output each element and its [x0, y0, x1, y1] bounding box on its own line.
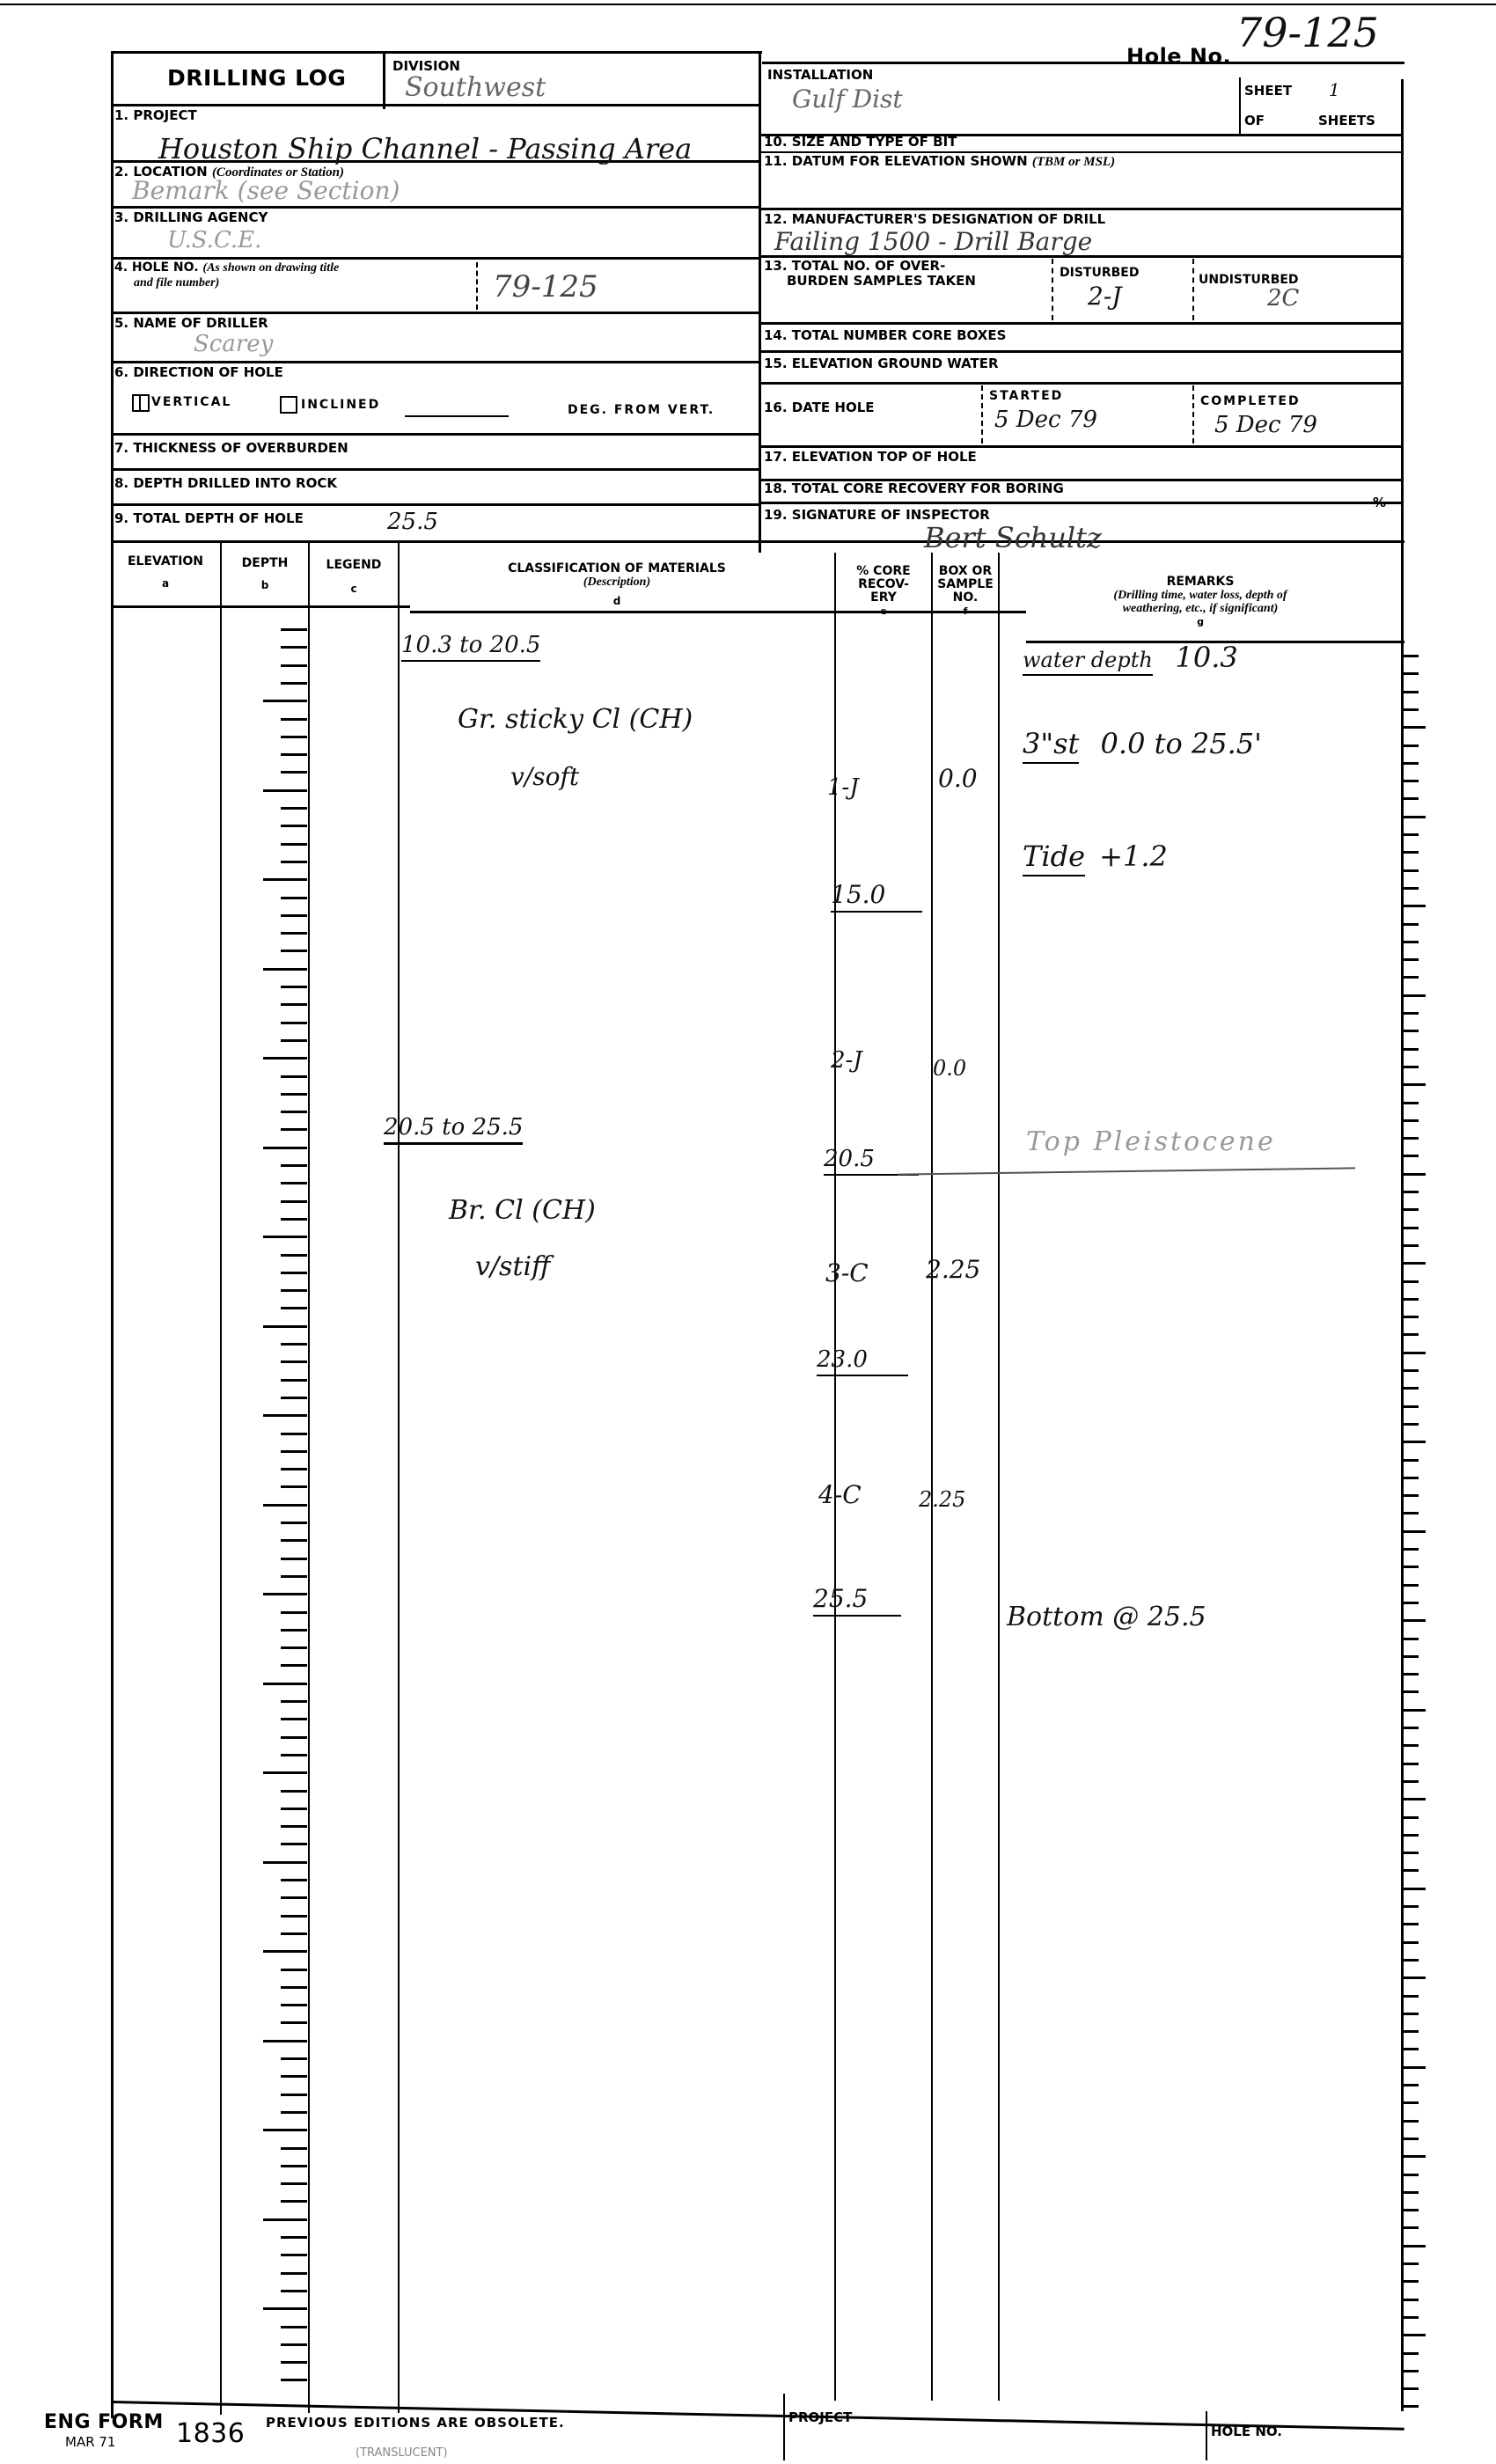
- location-value[interactable]: Bemark (see Section): [132, 176, 400, 205]
- depth-tick: [281, 1289, 307, 1292]
- depth-tick: [281, 2165, 307, 2167]
- depth-tick: [281, 2075, 307, 2078]
- margin-tick: [1403, 1173, 1426, 1176]
- date-label: 16. DATE HOLE: [764, 400, 875, 415]
- hole-no-value[interactable]: 79-125: [493, 269, 598, 304]
- depth-tick: [281, 1485, 307, 1488]
- margin-tick: [1403, 2013, 1419, 2015]
- hole-no-header-value: 79-125: [1236, 9, 1379, 56]
- row-line: [111, 312, 760, 314]
- margin-tick: [1403, 1976, 1426, 1979]
- col-remarks-sub1: (Drilling time, water loss, depth of: [1000, 589, 1401, 602]
- depth-tick: [281, 843, 307, 846]
- depth-tick: [281, 1700, 307, 1703]
- margin-tick: [1403, 1780, 1419, 1783]
- depth-tick: [263, 2307, 307, 2310]
- depth-tick: [281, 1558, 307, 1560]
- layer2-desc1[interactable]: Br. Cl (CH): [449, 1195, 596, 1226]
- col-remarks-letter: g: [1000, 615, 1401, 628]
- row-line: [111, 433, 760, 436]
- margin-tick: [1403, 958, 1419, 961]
- margin-tick: [1403, 1119, 1419, 1122]
- depth-tick: [281, 1539, 307, 1542]
- margin-tick: [1403, 1352, 1426, 1354]
- remark-tide-value: +1.2: [1099, 840, 1168, 873]
- margin-tick: [1403, 1477, 1419, 1479]
- top-elev-label: 17. ELEVATION TOP OF HOLE: [764, 449, 977, 465]
- depth-tick: [281, 2236, 307, 2239]
- depth-tick: [281, 2021, 307, 2024]
- margin-tick: [1403, 1852, 1419, 1854]
- row-line: [111, 104, 760, 106]
- depth-tick: [281, 2343, 307, 2346]
- sample-1-id[interactable]: 1-J: [827, 774, 859, 801]
- depth-tick: [263, 2040, 307, 2042]
- margin-tick: [1403, 923, 1419, 926]
- depth-tick: [263, 789, 307, 792]
- depth-tick: [281, 986, 307, 988]
- driller-label: 5. NAME OF DRILLER: [114, 315, 268, 331]
- margin-tick: [1403, 1102, 1419, 1104]
- margin-tick: [1403, 726, 1426, 729]
- bit-label: 10. SIZE AND TYPE OF BIT: [764, 134, 957, 150]
- rock-label: 8. DEPTH DRILLED INTO ROCK: [114, 475, 337, 491]
- depth-tick: [281, 1307, 307, 1309]
- col-box-2: SAMPLE: [933, 578, 998, 591]
- frame-top: [111, 51, 762, 54]
- of-label: OF: [1244, 113, 1265, 128]
- inclined-label: INCLINED: [301, 398, 380, 412]
- depth-tick: [281, 1003, 307, 1006]
- depth-tick: [281, 1093, 307, 1096]
- row-line: [111, 468, 760, 471]
- completed-value[interactable]: 5 Dec 79: [1214, 412, 1317, 438]
- row-line: [760, 502, 1403, 504]
- depth-tick: [281, 2361, 307, 2364]
- started-divider: [981, 385, 983, 444]
- depth-tick: [281, 1646, 307, 1649]
- depth-tick: [281, 914, 307, 917]
- total-depth-label: 9. TOTAL DEPTH OF HOLE: [114, 510, 304, 526]
- depth-tick: [281, 1986, 307, 1989]
- margin-tick: [1403, 1423, 1419, 1426]
- footer-eng-form: ENG FORM: [44, 2411, 164, 2433]
- col-depth-letter: b: [222, 579, 308, 591]
- column-header-bottom: [111, 605, 410, 608]
- depth-tick: [281, 1272, 307, 1274]
- depth-tick: [281, 1575, 307, 1578]
- sheet-value[interactable]: 1: [1329, 79, 1340, 100]
- row-line: [111, 503, 760, 506]
- margin-tick: [1403, 2316, 1419, 2319]
- depth-tick: [281, 1896, 307, 1899]
- depth-tick: [281, 2326, 307, 2328]
- margin-tick: [1403, 1083, 1426, 1086]
- sample-3-box[interactable]: 2.25: [926, 1255, 980, 1284]
- depth-tick: [281, 2254, 307, 2256]
- depth-tick: [263, 2218, 307, 2221]
- layer1-range[interactable]: 10.3 to 20.5: [401, 632, 540, 662]
- margin-tick: [1403, 2387, 1419, 2390]
- samples-label-2: BURDEN SAMPLES TAKEN: [764, 273, 976, 289]
- depth-tick: [263, 1771, 307, 1774]
- col-header-elevation: ELEVATION a: [104, 554, 227, 590]
- depth-tick: [281, 1343, 307, 1346]
- depth-tick: [281, 1039, 307, 1042]
- depth-tick: [281, 1200, 307, 1203]
- margin-tick: [1403, 1869, 1419, 1872]
- hole-no-header: Hole No.: [1126, 44, 1231, 69]
- depth-tick: [281, 1969, 307, 1971]
- margin-tick: [1403, 2352, 1419, 2355]
- depth-tick: [263, 1593, 307, 1595]
- datum-label: 11. DATUM FOR ELEVATION SHOWN (TBM or MS…: [764, 153, 1115, 170]
- disturbed-value[interactable]: 2-J: [1088, 282, 1122, 311]
- core-boxes-label: 14. TOTAL NUMBER CORE BOXES: [764, 327, 1006, 343]
- footer-project-label: PROJECT: [788, 2409, 852, 2425]
- margin-tick: [1403, 2405, 1419, 2408]
- remark-st[interactable]: 3"st 0.0 to 25.5': [1023, 727, 1262, 760]
- margin-tick: [1403, 1709, 1426, 1712]
- footer-form-no: 1836: [176, 2418, 245, 2449]
- margin-tick: [1403, 1638, 1419, 1640]
- vertical-check-mark: [139, 396, 141, 410]
- margin-tick: [1403, 869, 1419, 872]
- margin-tick: [1403, 708, 1419, 711]
- footer-translucent: (TRANSLUCENT): [356, 2446, 448, 2460]
- layer2-desc2[interactable]: v/stiff: [475, 1251, 550, 1282]
- col-elevation-label: ELEVATION: [104, 554, 227, 568]
- margin-tick: [1403, 1798, 1426, 1800]
- col-divider-d: [834, 553, 836, 2401]
- col-core-letter: e: [836, 605, 931, 618]
- col-header-classification: CLASSIFICATION OF MATERIALS (Description…: [400, 561, 834, 607]
- remark-st-label: 3"st: [1023, 727, 1079, 764]
- project-value[interactable]: Houston Ship Channel - Passing Area: [158, 132, 692, 165]
- col-header-depth: DEPTH b: [222, 556, 308, 591]
- margin-tick: [1403, 1441, 1426, 1443]
- margin-tick: [1403, 744, 1419, 747]
- depth-tick: [263, 968, 307, 971]
- depth-tick: [281, 1915, 307, 1918]
- frame-middle: [759, 51, 761, 553]
- depth-tick: [281, 718, 307, 721]
- margin-tick: [1403, 833, 1419, 836]
- depth-tick: [281, 1360, 307, 1363]
- margin-tick: [1403, 691, 1419, 693]
- margin-tick: [1403, 1494, 1419, 1497]
- margin-tick: [1403, 2084, 1419, 2086]
- depth-tick: [263, 1414, 307, 1417]
- pleistocene-contact-line: [898, 1167, 1355, 1175]
- margin-tick: [1403, 2048, 1419, 2050]
- row-line: [760, 350, 1403, 353]
- depth-tick: [281, 1825, 307, 1828]
- row-line: [760, 208, 1403, 210]
- project-label: 1. PROJECT: [114, 107, 197, 123]
- col-divider-a: [220, 540, 222, 2415]
- depth-tick: [263, 1504, 307, 1507]
- sample-3-depth[interactable]: 23.0: [817, 1346, 908, 1376]
- margin-tick: [1403, 1459, 1419, 1462]
- depth-tick: [281, 1611, 307, 1614]
- margin-tick: [1403, 1066, 1419, 1068]
- depth-tick: [263, 1057, 307, 1060]
- depth-tick: [281, 1843, 307, 1845]
- depth-tick: [281, 1522, 307, 1524]
- installation-value[interactable]: Gulf Dist: [792, 84, 903, 114]
- col-divider-c: [398, 542, 400, 2413]
- depth-tick: [281, 1182, 307, 1184]
- depth-tick: [281, 736, 307, 738]
- agency-value[interactable]: U.S.C.E.: [167, 227, 261, 253]
- depth-tick: [263, 1683, 307, 1685]
- depth-tick: [281, 2147, 307, 2150]
- sample-2-depth[interactable]: 20.5: [824, 1146, 919, 1176]
- depth-tick: [281, 628, 307, 631]
- depth-tick: [281, 861, 307, 863]
- depth-tick: [263, 700, 307, 702]
- depth-tick: [281, 2290, 307, 2292]
- margin-tick: [1403, 1298, 1419, 1301]
- disturbed-label: DISTURBED: [1060, 266, 1139, 280]
- depth-tick: [281, 682, 307, 685]
- depth-tick: [281, 2272, 307, 2275]
- margin-tick: [1403, 1959, 1419, 1962]
- inclined-degree-field[interactable]: [405, 415, 509, 417]
- margin-tick: [1403, 762, 1419, 765]
- sheet-divider: [1239, 77, 1241, 136]
- footer-project-divider: [783, 2394, 785, 2460]
- depth-tick: [281, 1629, 307, 1632]
- drill-label: 12. MANUFACTURER'S DESIGNATION OF DRILL: [764, 211, 1105, 227]
- layer1-desc2[interactable]: v/soft: [510, 762, 579, 791]
- col-elevation-letter: a: [104, 577, 227, 590]
- margin-tick: [1403, 1763, 1419, 1765]
- margin-tick: [1403, 1673, 1419, 1676]
- row-line: [111, 361, 760, 363]
- margin-tick: [1403, 2280, 1419, 2283]
- margin-tick: [1403, 1941, 1419, 1944]
- total-depth-value[interactable]: 25.5: [387, 509, 438, 535]
- inclined-checkbox[interactable]: [280, 396, 297, 414]
- depth-tick: [263, 1950, 307, 1953]
- col-box-3: NO.: [933, 591, 998, 605]
- margin-tick: [1403, 1619, 1426, 1622]
- col-depth-label: DEPTH: [222, 556, 308, 570]
- row-line: [760, 322, 1403, 325]
- started-label: STARTED: [989, 389, 1063, 403]
- sample-4-depth[interactable]: 25.5: [813, 1584, 901, 1617]
- margin-tick: [1403, 1012, 1419, 1015]
- margin-tick: [1403, 816, 1426, 818]
- margin-tick: [1403, 851, 1419, 854]
- depth-tick: [281, 753, 307, 756]
- undisturbed-value[interactable]: 2C: [1267, 285, 1299, 312]
- title-divider: [383, 51, 385, 109]
- depth-tick: [281, 1111, 307, 1113]
- row-line: [111, 257, 760, 260]
- frame-left: [111, 51, 114, 2418]
- margin-tick: [1403, 1905, 1419, 1908]
- depth-tick: [281, 664, 307, 667]
- frame-top-right: [762, 62, 1404, 64]
- margin-tick: [1403, 1333, 1419, 1336]
- sample-1-depth[interactable]: 15.0: [831, 880, 922, 913]
- depth-tick: [281, 1379, 307, 1382]
- disturbed-divider: [1052, 259, 1053, 320]
- depth-tick: [281, 2094, 307, 2096]
- margin-tick: [1403, 2370, 1419, 2372]
- col-header-legend: LEGEND c: [310, 558, 398, 595]
- depth-tick: [263, 1236, 307, 1238]
- col-box-letter: f: [933, 605, 998, 618]
- margin-tick: [1403, 1030, 1419, 1032]
- hole-no-label-text: 4. HOLE NO.: [114, 260, 199, 275]
- margin-tick: [1403, 1584, 1419, 1587]
- depth-tick: [281, 2182, 307, 2185]
- inspector-value[interactable]: Bert Schultz: [924, 521, 1102, 554]
- footer-obsolete: PREVIOUS EDITIONS ARE OBSOLETE.: [266, 2415, 565, 2431]
- margin-tick: [1403, 1512, 1419, 1514]
- depth-tick: [281, 1128, 307, 1131]
- depth-tick: [281, 1254, 307, 1257]
- hole-no-label: 4. HOLE NO. (As shown on drawing title a…: [114, 260, 339, 290]
- margin-tick: [1403, 1387, 1419, 1390]
- margin-tick: [1403, 1834, 1419, 1837]
- depth-tick: [281, 2200, 307, 2203]
- remark-water[interactable]: water depth 10.3: [1023, 641, 1238, 674]
- datum-label-text: 11. DATUM FOR ELEVATION SHOWN: [764, 153, 1028, 169]
- remark-pleistocene[interactable]: Top Pleistocene: [1026, 1126, 1276, 1157]
- margin-tick: [1403, 1405, 1419, 1408]
- depth-tick: [281, 1218, 307, 1221]
- remark-water-label: water depth: [1023, 648, 1153, 676]
- samples-label-1: 13. TOTAL NO. OF OVER-: [764, 258, 945, 274]
- sample-2-id[interactable]: 2-J: [831, 1047, 862, 1074]
- col-divider-f: [998, 553, 1000, 2401]
- footer-hole-divider: [1206, 2411, 1207, 2460]
- margin-tick: [1403, 1262, 1426, 1265]
- margin-tick: [1403, 1316, 1419, 1318]
- depth-tick: [281, 807, 307, 810]
- layer1-desc1[interactable]: Gr. sticky Cl (CH): [458, 704, 693, 735]
- margin-tick: [1403, 976, 1419, 979]
- col-classification-letter: d: [400, 595, 834, 607]
- col-remarks-sub2: weathering, etc., if significant): [1000, 602, 1401, 615]
- col-box-1: BOX OR: [933, 565, 998, 578]
- col-header-core: % CORE RECOV- ERY e: [836, 565, 931, 618]
- margin-tick: [1403, 1923, 1419, 1925]
- remark-water-value: 10.3: [1175, 641, 1237, 674]
- driller-value[interactable]: Scarey: [194, 331, 273, 357]
- remark-st-range: 0.0 to 25.5': [1101, 727, 1262, 760]
- depth-tick: [263, 2129, 307, 2131]
- datum-label-sub: (TBM or MSL): [1032, 155, 1115, 169]
- margin-tick: [1403, 672, 1419, 675]
- margin-tick: [1403, 1244, 1419, 1247]
- remark-tide-label: Tide: [1023, 840, 1085, 876]
- division-value[interactable]: Southwest: [405, 72, 546, 103]
- sample-2-box[interactable]: 0.0: [933, 1056, 966, 1081]
- depth-tick: [281, 1754, 307, 1756]
- depth-tick: [281, 1397, 307, 1399]
- sample-4-id[interactable]: 4-C: [818, 1480, 862, 1509]
- depth-tick: [281, 771, 307, 774]
- completed-divider: [1192, 385, 1194, 444]
- sheets-label: SHEETS: [1318, 113, 1375, 128]
- margin-tick: [1403, 2226, 1419, 2229]
- undisturbed-divider: [1192, 259, 1194, 320]
- hole-no-label-sub2: and file number): [114, 276, 219, 290]
- depth-tick: [281, 1790, 307, 1793]
- depth-tick: [281, 825, 307, 827]
- depth-tick: [263, 1861, 307, 1864]
- depth-tick: [263, 1325, 307, 1328]
- installation-label: INSTALLATION: [767, 67, 873, 83]
- col-core-2: RECOV-: [836, 578, 931, 591]
- margin-tick: [1403, 2245, 1426, 2248]
- margin-tick: [1403, 1995, 1419, 1998]
- depth-tick: [281, 1664, 307, 1667]
- depth-tick: [281, 932, 307, 935]
- margin-tick: [1403, 1690, 1419, 1693]
- col-header-remarks: REMARKS (Drilling time, water loss, dept…: [1000, 576, 1401, 628]
- footer-date: MAR 71: [65, 2434, 115, 2450]
- margin-tick: [1403, 780, 1419, 782]
- vertical-checkbox[interactable]: [132, 394, 150, 412]
- drill-value[interactable]: Failing 1500 - Drill Barge: [774, 227, 1092, 256]
- depth-tick: [281, 2004, 307, 2006]
- recovery-unit: %: [1373, 495, 1386, 510]
- margin-tick: [1403, 1369, 1419, 1372]
- margin-tick: [1403, 1191, 1419, 1193]
- sample-4-box[interactable]: 2.25: [919, 1487, 965, 1512]
- footer-hole-no-label: HOLE NO.: [1211, 2424, 1282, 2439]
- row-line: [760, 382, 1403, 385]
- margin-tick: [1403, 1655, 1419, 1658]
- recovery-label: 18. TOTAL CORE RECOVERY FOR BORING: [764, 480, 1064, 496]
- deg-label: DEG. FROM VERT.: [568, 403, 715, 417]
- col-divider-b: [308, 542, 310, 2413]
- depth-tick: [281, 1450, 307, 1453]
- remark-bottom[interactable]: Bottom @ 25.5: [1007, 1602, 1206, 1632]
- layer2-range[interactable]: 20.5 to 25.5: [384, 1114, 523, 1145]
- remark-tide[interactable]: Tide +1.2: [1023, 840, 1168, 873]
- margin-tick: [1403, 2334, 1426, 2336]
- hole-no-divider: [476, 262, 478, 310]
- margin-tick: [1403, 1280, 1419, 1283]
- depth-tick: [281, 950, 307, 952]
- margin-tick: [1403, 1602, 1419, 1604]
- margin-tick: [1403, 941, 1419, 943]
- depth-tick: [281, 646, 307, 649]
- margin-tick: [1403, 2155, 1426, 2158]
- sample-1-box[interactable]: 0.0: [938, 764, 978, 793]
- margin-tick: [1403, 2120, 1419, 2123]
- depth-tick: [281, 2111, 307, 2114]
- margin-tick: [1403, 1208, 1419, 1211]
- margin-tick: [1403, 2030, 1419, 2033]
- depth-tick: [281, 1164, 307, 1167]
- row-line: [111, 540, 1404, 543]
- margin-tick: [1403, 797, 1419, 800]
- col-header-box: BOX OR SAMPLE NO. f: [933, 565, 998, 618]
- sample-3-id[interactable]: 3-C: [825, 1258, 869, 1287]
- margin-tick: [1403, 887, 1419, 890]
- started-value[interactable]: 5 Dec 79: [994, 407, 1097, 433]
- col-classification-sub: (Description): [400, 576, 834, 590]
